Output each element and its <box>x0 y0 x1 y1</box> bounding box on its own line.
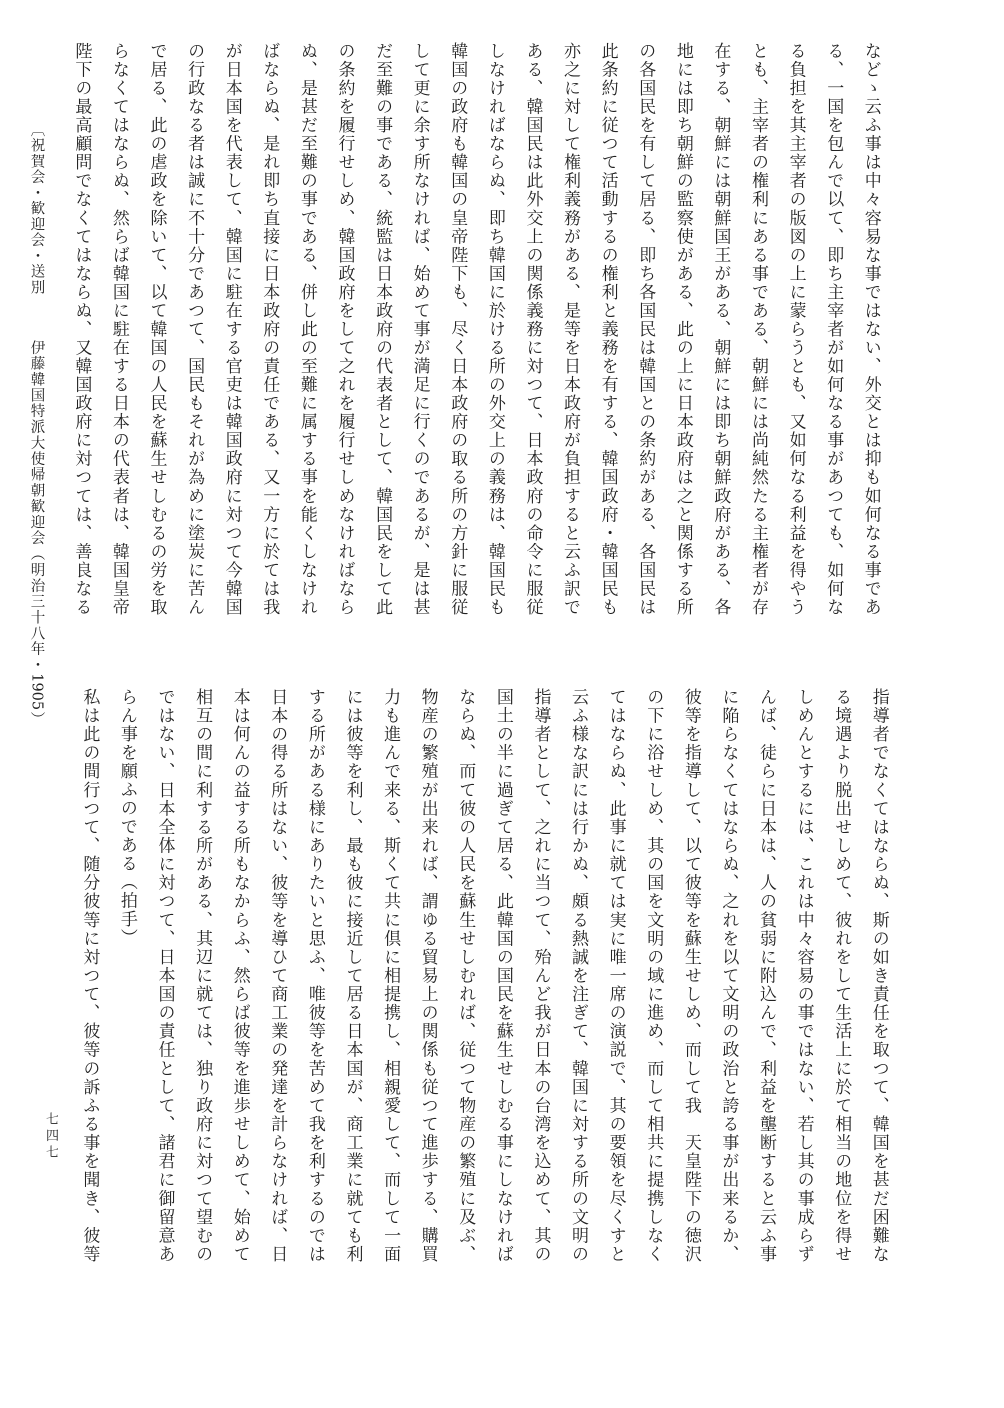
upper-text-block: などゝ云ふ事は中々容易な事ではない、外交とは抑も如何なる事であ る、一国を包んで… <box>62 42 889 615</box>
lower-text-block: 指導者でなくてはならぬ、斯の如き責任を取つて、韓国を甚だ困難な る境遇より脱出せ… <box>70 688 897 1262</box>
text-column: で居る、此の虐政を除いて、以て韓国の人民を蘇生せしむるの労を取 <box>137 42 175 615</box>
text-column: る、一国を包んで以て、即ち主宰者が如何なる事があつても、如何な <box>814 42 852 615</box>
text-column: 云ふ様な訳には行かぬ、頗る熱誠を注ぎて、韓国に対する所の文明の <box>558 688 596 1262</box>
text-column: 韓国の政府も韓国の皇帝陛下も、尽く日本政府の取る所の方針に服従 <box>438 42 476 615</box>
text-column: だ至難の事である、統監は日本政府の代表者として、韓国民をして此 <box>362 42 400 615</box>
text-column: 物産の繁殖が出来れば、謂ゆる貿易上の関係も従つて進歩する、購買 <box>408 688 446 1262</box>
text-column: しなければならぬ、即ち韓国に於ける所の外交上の義務は、韓国民も <box>475 42 513 615</box>
text-column: しめんとするには、これは中々容易の事ではない、若し其の事成らず <box>784 688 822 1262</box>
text-column: 私は此の間行つて、随分彼等に対つて、彼等の訴ふる事を聞き、彼等 <box>70 688 108 1262</box>
text-column: 陛下の最高顧問でなくてはならぬ、又韓国政府に対つては、善良なる <box>62 42 100 615</box>
text-column: が日本国を代表して、韓国に駐在する官吏は韓国政府に対つて今韓国 <box>212 42 250 615</box>
text-column: の条約を履行せしめ、韓国政府をして之れを履行せしめなければなら <box>325 42 363 615</box>
text-column: る負担を其主宰者の版図の上に蒙らうとも、又如何なる利益を得やう <box>776 42 814 615</box>
text-column: 指導者でなくてはならぬ、斯の如き責任を取つて、韓国を甚だ困難な <box>859 688 897 1262</box>
text-column: ではない、日本全体に対つて、日本国の責任として、諸君に御留意あ <box>145 688 183 1262</box>
text-column: 此条約に従つて活動するの権利と義務を有する、韓国政府・韓国民も <box>588 42 626 615</box>
text-column: 国土の半に過ぎて居る、此韓国の国民を蘇生せしむる事にしなければ <box>483 688 521 1262</box>
text-column: てはならぬ、此事に就ては実に唯一席の演説で、其の要領を尽くすと <box>596 688 634 1262</box>
text-column: ばならぬ、是れ即ち直接に日本政府の責任である、又一方に於ては我 <box>250 42 288 615</box>
text-column: して更に余す所なければ、始めて事が満足に行くのであるが、是は甚 <box>400 42 438 615</box>
text-column: の下に浴せしめ、其の国を文明の域に進め、而して相共に提携しなく <box>634 688 672 1262</box>
text-column: の行政なる者は誠に不十分であつて、国民もそれが為めに塗炭に苦ん <box>175 42 213 615</box>
text-column: 相互の間に利する所がある、其辺に就ては、独り政府に対つて望むの <box>183 688 221 1262</box>
text-column: んば、徒らに日本は、人の貧弱に附込んで、利益を壟断すると云ふ事 <box>746 688 784 1262</box>
text-column: ある、韓国民は此外交上の関係義務に対つて、日本政府の命令に服従 <box>513 42 551 615</box>
text-column: などゝ云ふ事は中々容易な事ではない、外交とは抑も如何なる事であ <box>851 42 889 615</box>
text-column: 日本の得る所はない、彼等を導ひて商工業の発達を計らなければ、日 <box>258 688 296 1262</box>
text-column: ぬ、是甚だ至難の事である、併し此の至難に属する事を能くしなけれ <box>287 42 325 615</box>
text-column: 本は何んの益する所もなからふ、然らば彼等を進歩せしめて、始めて <box>220 688 258 1262</box>
text-column: 力も進んで来る、斯くて共に倶に相提携し、相親愛して、而して一面 <box>370 688 408 1262</box>
running-head-title: 伊藤韓国特派大使帰朝歓迎会（明治三十八年・1905） <box>28 340 45 726</box>
text-column: する所がある様にありたいと思ふ、唯彼等を苦めて我を利するのでは <box>295 688 333 1262</box>
text-column: ならぬ、而て彼の人民を蘇生せしむれば、従つて物産の繁殖に及ぶ、 <box>446 688 484 1262</box>
text-column: 在する、朝鮮には朝鮮国王がある、朝鮮には即ち朝鮮政府がある、各 <box>701 42 739 615</box>
text-column-paragraph-end: らん事を願ふのである（拍手） <box>107 688 145 1262</box>
text-column: に陥らなくてはならぬ、之れを以て文明の政治と誇る事が出来るか、 <box>709 688 747 1262</box>
text-column: とも、主宰者の権利にある事である、朝鮮には尚純然たる主権者が存 <box>738 42 776 615</box>
text-column: る境遇より脱出せしめて、彼れをして生活上に於て相当の地位を得せ <box>822 688 860 1262</box>
book-page: などゝ云ふ事は中々容易な事ではない、外交とは抑も如何なる事であ る、一国を包んで… <box>0 0 1004 1408</box>
running-head-section: 〔祝賀会・歓迎会・送別会〕 <box>28 122 45 294</box>
text-column: らなくてはならぬ、然らば韓国に駐在する日本の代表者は、韓国皇帝 <box>99 42 137 615</box>
text-column: には彼等を利し、最も彼に接近して居る日本国が、商工業に就ても利 <box>333 688 371 1262</box>
text-column: の各国民を有して居る、即ち各国民は韓国との条約がある、各国民は <box>626 42 664 615</box>
text-column: 地には即ち朝鮮の監察使がある、此の上に日本政府は之と関係する所 <box>663 42 701 615</box>
text-column: 指導者として、之れに当つて、殆んど我が日本の台湾を込めて、其の <box>521 688 559 1262</box>
page-number: 七四七 <box>42 1112 58 1158</box>
text-column: 亦之に対して権利義務がある、是等を日本政府が負担すると云ふ訳で <box>550 42 588 615</box>
text-column: 彼等を指導して、以て彼等を蘇生せしめ、而して我 天皇陛下の徳沢 <box>671 688 709 1262</box>
